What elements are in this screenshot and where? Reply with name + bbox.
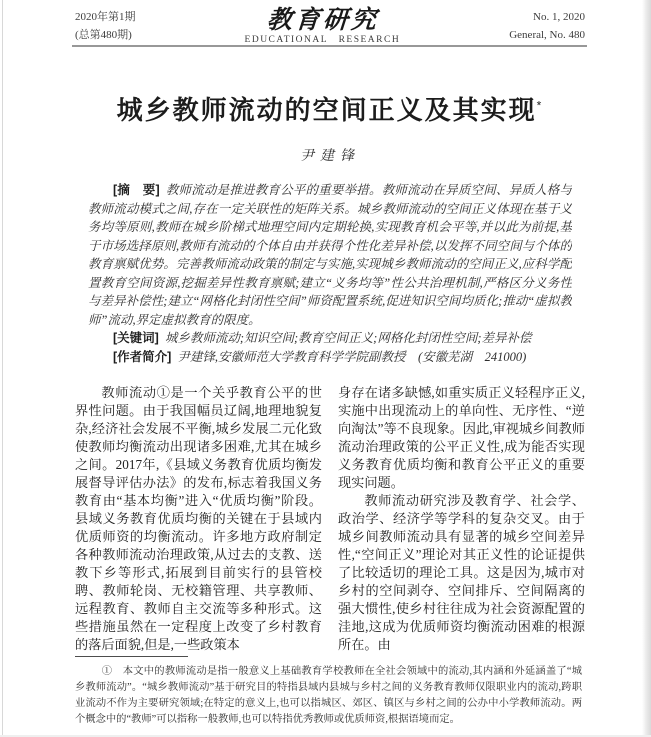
header-rule — [72, 45, 587, 47]
body-columns: 教师流动①是一个关乎教育公平的世界性问题。由于我国幅员辽阔,地理地貌复杂,经济社… — [75, 384, 585, 654]
issue-general-line: General, No. 480 — [509, 26, 585, 44]
issue-number-en: No. 1, 2020 General, No. 480 — [509, 8, 585, 44]
page-content: 2020年第1期 (总第480期) 教育研究 EDUCATIONAL RESEA… — [75, 0, 585, 737]
author-bio-text: 尹建锋,安徽师范大学教育科学学院副教授 (安徽芜湖 241000) — [177, 350, 526, 364]
author-bio: [作者简介]尹建锋,安徽师范大学教育科学学院副教授 (安徽芜湖 241000) — [88, 348, 572, 367]
left-column: 教师流动①是一个关乎教育公平的世界性问题。由于我国幅员辽阔,地理地貌复杂,经济社… — [75, 384, 322, 654]
title-footnote-mark: * — [537, 98, 544, 112]
article-title-text: 城乡教师流动的空间正义及其实现 — [117, 95, 537, 125]
keywords-text: 城乡教师流动;知识空间;教育空间正义;网格化封闭性空间;差异补偿 — [165, 331, 532, 345]
abstract: [摘 要]教师流动是推进教育公平的重要举措。教师流动在异质空间、异质人格与教师流… — [88, 181, 572, 329]
issue-year-number: 2020年第1期 — [75, 8, 136, 26]
keywords-label: [关键词] — [113, 331, 159, 345]
journal-name-en: EDUCATIONAL RESEARCH — [136, 35, 510, 45]
issue-no-line: No. 1, 2020 — [509, 8, 585, 26]
footnote-text: ① 本文中的教师流动是指一般意义上基础教育学校教师在全社会领域中的流动,其内涵和… — [75, 664, 582, 728]
keywords: [关键词]城乡教师流动;知识空间;教育空间正义;网格化封闭性空间;差异补偿 — [88, 329, 572, 348]
abstract-text: 教师流动是推进教育公平的重要举措。教师流动在异质空间、异质人格与教师流动模式之间… — [88, 183, 572, 327]
abstract-label: [摘 要] — [113, 183, 160, 197]
issue-general-number: (总第480期) — [75, 26, 136, 44]
page-right-edge — [642, 0, 651, 737]
article-author: 尹建锋 — [75, 145, 585, 165]
right-column: 身存在诸多缺憾,如重实质正义轻程序正义,实施中出现流动上的单向性、无序性、“逆向… — [338, 384, 585, 654]
body-paragraph-right-continued: 身存在诸多缺憾,如重实质正义轻程序正义,实施中出现流动上的单向性、无序性、“逆向… — [338, 384, 585, 492]
journal-logo-cn: 教育研究 — [135, 8, 511, 34]
body-paragraph-right: 教师流动研究涉及教育学、社会学、政治学、经济学等学科的复杂交叉。由于城乡间教师流… — [338, 492, 585, 654]
front-matter: [摘 要]教师流动是推进教育公平的重要举措。教师流动在异质空间、异质人格与教师流… — [88, 181, 572, 366]
issue-info: 2020年第1期 (总第480期) — [75, 8, 136, 44]
journal-header: 2020年第1期 (总第480期) 教育研究 EDUCATIONAL RESEA… — [75, 8, 585, 45]
article-title: 城乡教师流动的空间正义及其实现* — [75, 90, 585, 127]
author-bio-label: [作者简介] — [113, 350, 171, 364]
journal-page-scan: 2020年第1期 (总第480期) 教育研究 EDUCATIONAL RESEA… — [0, 0, 651, 737]
footnote-rule — [75, 656, 188, 657]
page-left-edge — [2, 0, 3, 737]
body-paragraph-left: 教师流动①是一个关乎教育公平的世界性问题。由于我国幅员辽阔,地理地貌复杂,经济社… — [75, 384, 322, 654]
footnote-section: ① 本文中的教师流动是指一般意义上基础教育学校教师在全社会领域中的流动,其内涵和… — [75, 656, 582, 728]
journal-masthead: 教育研究 EDUCATIONAL RESEARCH — [136, 8, 510, 45]
